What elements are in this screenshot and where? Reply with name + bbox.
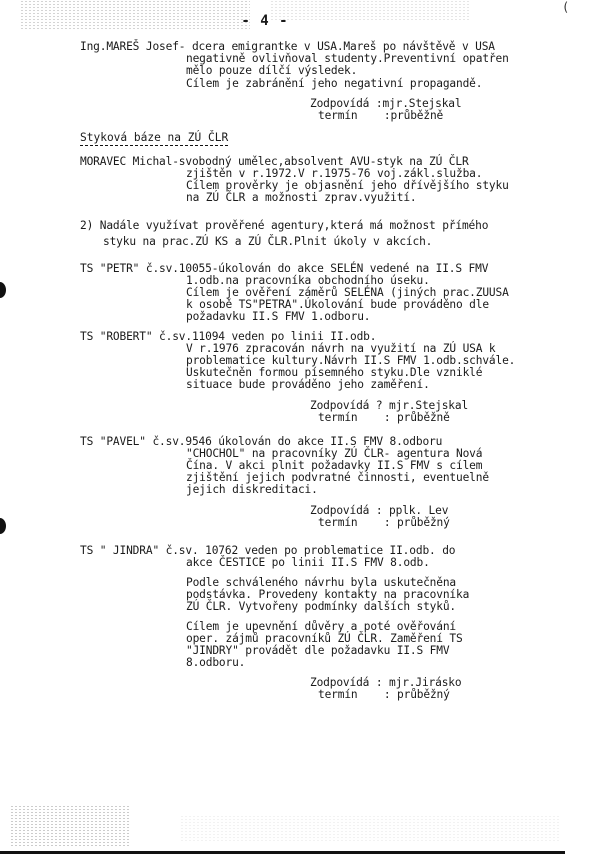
scan-noise (10, 805, 130, 847)
responsible-line: Zodpovídá :mjr.Stejskal (310, 98, 461, 109)
responsible-line: Zodpovídá ? mjr.Stejskal (310, 400, 468, 411)
deadline-value: průběžně (397, 411, 450, 424)
section-heading: Styková báze na ZÚ ČLR (80, 131, 228, 146)
deadline-value: průběžný (397, 516, 450, 529)
entry-text: 1.odb.na pracovníka obchodního úseku. (186, 275, 430, 286)
entry-text: TS "PETR" č.sv.10055-úkolován do akce SE… (80, 263, 488, 274)
entry-text: požadavku II.S FMV 1.odboru. (186, 311, 370, 322)
entry-text: Cílem prověrky je objasnění jeho dřívějš… (186, 180, 509, 191)
entry-text: podstávka. Provedeny kontakty na pracovn… (186, 589, 469, 600)
entry-text: zjištění jejich podvratné činnosti, even… (186, 472, 489, 483)
deadline-value: průběžný (397, 688, 450, 701)
entry-text: TS "PAVEL" č.sv.9546 úkolován do akce II… (80, 436, 442, 447)
entry-text: Čína. V akci plnit požadavky II.S FMV s … (186, 460, 482, 471)
punch-hole (0, 282, 6, 298)
deadline-line: termín : průběžný (318, 517, 450, 528)
entry-text: TS "ROBERT" č.sv.11094 veden po linii II… (80, 331, 376, 342)
deadline-label: termín : (318, 109, 390, 122)
scan-noise (180, 815, 560, 843)
entry-text: na ZÚ ČLR a možnosti zprav.využití. (186, 192, 417, 203)
page-bottom-edge (0, 851, 565, 854)
entry-text: MORAVEC Michal-svobodný umělec,absolvent… (80, 156, 469, 167)
entry-text: 2) Nadále využívat prověřené agentury,kt… (80, 220, 488, 231)
entry-text: "CHOCHOL" na pracovníky ZÚ ČLR- agentura… (186, 448, 482, 459)
deadline-label: termín : (318, 516, 397, 529)
entry-text: TS " JINDRA" č.sv. 10762 veden po proble… (80, 545, 455, 556)
responsible-line: Zodpovídá : pplk. Lev (310, 505, 448, 516)
entry-text: situace bude prováděno jeho zaměření. (186, 379, 430, 390)
deadline-label: termín : (318, 411, 397, 424)
entry-text: zjištěn v r.1972.V r.1975-76 voj.zákl.sl… (186, 168, 482, 179)
entry-text: oper. zájmů pracovníků ZÚ ČLR. Zaměření … (186, 633, 463, 644)
entry-text: k osobě TS"PETRA".Úkolování bude provádě… (186, 299, 489, 310)
entry-text: jejich diskreditaci. (186, 484, 318, 495)
entry-text: mělo pouze dílčí výsledek. (186, 65, 357, 76)
entry-text: V r.1976 zpracován návrh na využití na Z… (186, 343, 496, 354)
deadline-line: termín : průběžně (318, 412, 450, 423)
entry-text: Cílem je zabránění jeho negativní propag… (186, 78, 482, 89)
entry-text: "JINDRY" provádět dle požadavku II.S FMV (186, 645, 449, 656)
deadline-line: termín :průběžně (318, 110, 443, 121)
entry-text: Podle schváleného návrhu byla uskutečněn… (186, 577, 456, 588)
deadline-label: termín : (318, 688, 397, 701)
entry-text: styku na prac.ZÚ KS a ZÚ ČLR.Plnit úkoly… (103, 236, 432, 247)
entry-text: ZÚ ČLR. Vytvořeny podmínky dalších styků… (186, 601, 456, 612)
entry-text: negativně ovlivňoval studenty.Preventivn… (186, 53, 509, 64)
deadline-value: průběžně (390, 109, 443, 122)
typewritten-document-page: ( - 4 - Ing.MAREŠ Josef- dcera emigrantk… (0, 0, 591, 857)
entry-text: Cílem je upevnění důvěry a poté ověřován… (186, 621, 456, 632)
punch-hole (0, 518, 6, 534)
corner-mark: ( (562, 0, 569, 14)
deadline-line: termín : průběžný (318, 689, 450, 700)
entry-text: akce ČESTICE po linii II.S FMV 8.odb. (186, 557, 430, 568)
entry-text: Uskutečněn formou písemného styku.Dle vz… (186, 367, 482, 378)
responsible-line: Zodpovídá : mjr.Jirásko (310, 677, 461, 688)
entry-text: Cílem je ověření záměrů SELÉNA (jiných p… (186, 287, 509, 298)
entry-text: Ing.MAREŠ Josef- dcera emigrantke v USA.… (80, 41, 495, 52)
page-number: - 4 - (200, 13, 330, 29)
entry-text: 8.odboru. (186, 657, 245, 668)
entry-text: problematice kultury.Návrh II.S FMV 1.od… (186, 355, 515, 366)
